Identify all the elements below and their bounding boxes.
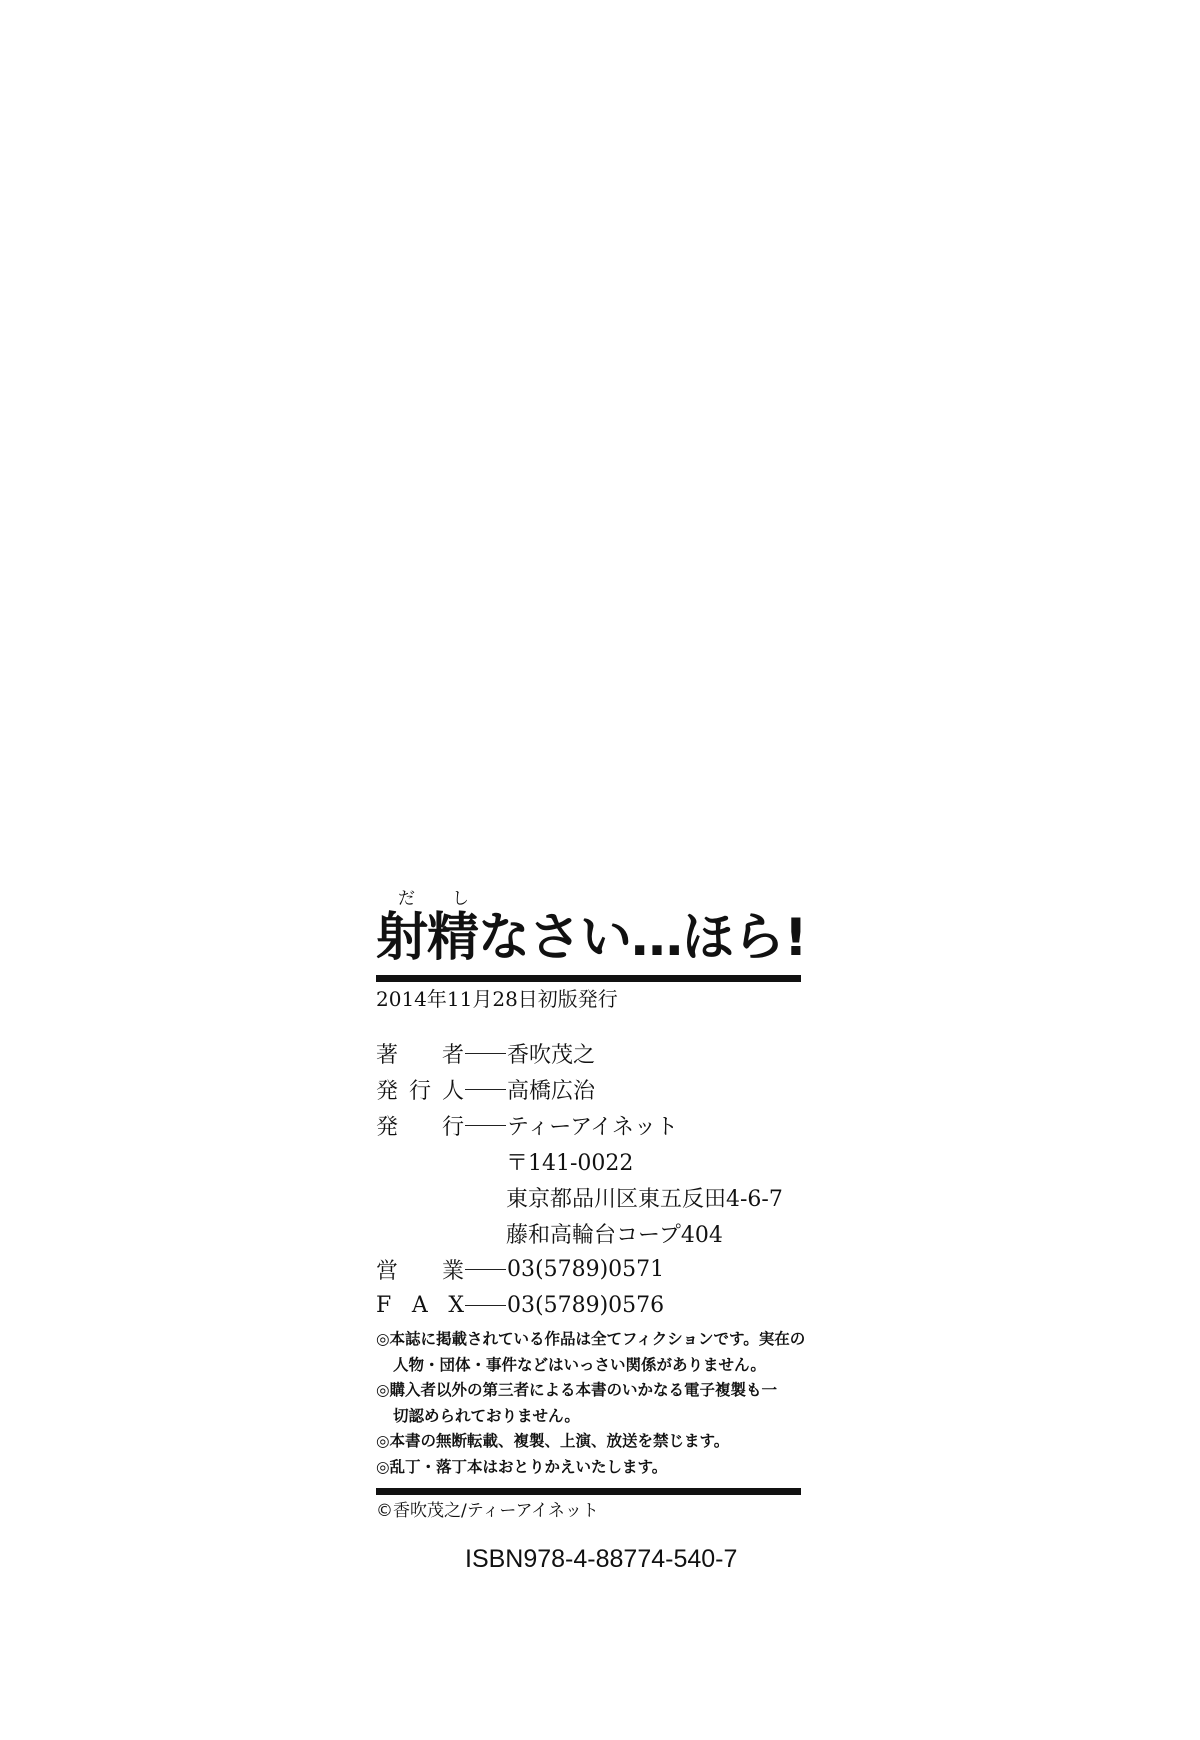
notice-line: ◎本誌に掲載されている作品は全てフィクションです。実在の xyxy=(376,1327,802,1353)
divider-rule xyxy=(376,1488,801,1495)
divider-rule xyxy=(376,975,801,982)
contact-value: 03(5789)0576 xyxy=(507,1293,664,1318)
label-char: X xyxy=(448,1293,464,1318)
contact-label: 営 業 xyxy=(376,1254,464,1285)
label-char: 行 xyxy=(442,1110,464,1141)
label-char: A xyxy=(412,1293,428,1318)
credit-label: 発 行 xyxy=(376,1110,464,1141)
notice-line: ◎購入者以外の第三者による本書のいかなる電子複製も一 xyxy=(376,1378,802,1404)
dash-leader xyxy=(465,1053,506,1054)
label-char: 行 xyxy=(409,1074,431,1105)
label-char: 営 xyxy=(376,1254,398,1285)
credit-value: 高橋広治 xyxy=(507,1074,595,1105)
credit-value: 香吹茂之 xyxy=(507,1038,595,1069)
credit-value: ティーアイネット xyxy=(507,1110,678,1141)
label-char: 人 xyxy=(442,1074,464,1105)
credit-label: 発 行 人 xyxy=(376,1074,464,1105)
dash-leader xyxy=(465,1305,506,1306)
credit-publisher: 発 行 ティーアイネット xyxy=(376,1107,802,1143)
label-char: 業 xyxy=(442,1254,464,1285)
contact-fax: F A X 03(5789)0576 xyxy=(376,1287,802,1323)
isbn: ISBN978-4-88774-540-7 xyxy=(376,1544,802,1574)
contact-sales: 営 業 03(5789)0571 xyxy=(376,1251,802,1287)
notice-line: ◎本書の無断転載、複製、上演、放送を禁じます。 xyxy=(376,1429,802,1455)
credits: 著 者 香吹茂之 発 行 人 高橋広治 発 行 ティーアイネット 〒141-00… xyxy=(376,1035,802,1323)
copyright: ©香吹茂之/ティーアイネット xyxy=(376,1498,802,1524)
dash-leader xyxy=(465,1089,506,1090)
edition-date: 2014年11月28日初版発行 xyxy=(376,985,802,1013)
credit-label: 著 者 xyxy=(376,1038,464,1069)
notice-line: ◎乱丁・落丁本はおとりかえいたします。 xyxy=(376,1455,802,1481)
credit-author: 著 者 香吹茂之 xyxy=(376,1035,802,1071)
title-block: だ し 射精なさい…ほら! xyxy=(376,890,802,972)
label-char: F xyxy=(376,1293,391,1318)
dash-leader xyxy=(465,1269,506,1270)
address-postal: 〒141-0022 xyxy=(376,1143,802,1179)
notice-line: 人物・団体・事件などはいっさい関係がありません。 xyxy=(376,1353,802,1379)
address-line2: 藤和高輪台コープ404 xyxy=(376,1215,802,1251)
book-title: 射精なさい…ほら! xyxy=(376,906,807,970)
label-char: 発 xyxy=(376,1074,398,1105)
contact-label: F A X xyxy=(376,1293,464,1318)
label-char: 者 xyxy=(442,1038,464,1069)
notice-line: 切認められておりません。 xyxy=(376,1404,802,1430)
colophon: だ し 射精なさい…ほら! 2014年11月28日初版発行 著 者 香吹茂之 発… xyxy=(376,890,802,1574)
label-char: 著 xyxy=(376,1038,398,1069)
contact-value: 03(5789)0571 xyxy=(507,1257,664,1282)
address-line1: 東京都品川区東五反田4-6-7 xyxy=(376,1179,802,1215)
label-char: 発 xyxy=(376,1110,398,1141)
dash-leader xyxy=(465,1125,506,1126)
legal-notices: ◎本誌に掲載されている作品は全てフィクションです。実在の 人物・団体・事件などは… xyxy=(376,1327,802,1480)
credit-publisher-person: 発 行 人 高橋広治 xyxy=(376,1071,802,1107)
